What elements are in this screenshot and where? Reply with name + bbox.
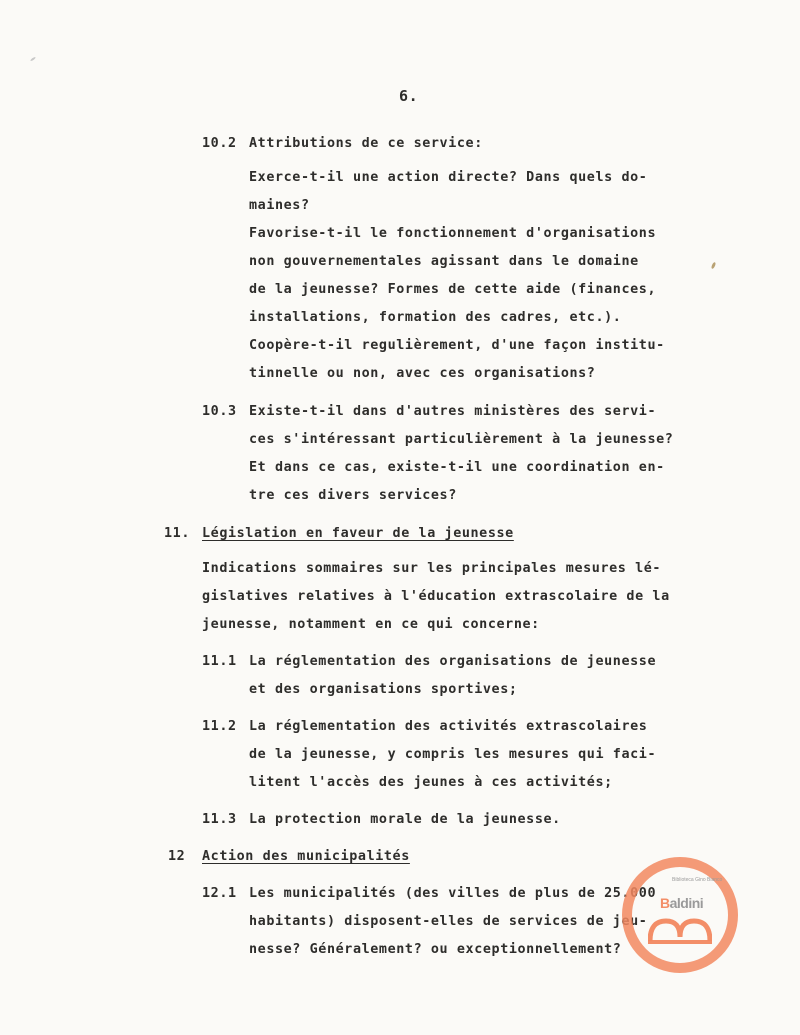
- stamp-arches-icon: [648, 917, 712, 945]
- library-stamp: Biblioteca Gino Bianco Baldini: [622, 857, 738, 973]
- text-line: tinnelle ou non, avec ces organisations?: [249, 366, 595, 382]
- section-number-10-2: 10.2: [202, 136, 237, 152]
- stamp-top-text: Biblioteca Gino Bianco: [672, 877, 722, 883]
- stamp-brand-rest: aldini: [670, 895, 704, 911]
- paper-mark: [30, 56, 36, 61]
- page-number: 6.: [399, 88, 418, 104]
- text-line: ces s'intéressant particulièrement à la …: [249, 432, 673, 448]
- text-line: La protection morale de la jeunesse.: [249, 812, 561, 828]
- text-line: Coopère-t-il regulièrement, d'une façon …: [249, 338, 665, 354]
- item-number-11-1: 11.1: [202, 654, 237, 670]
- item-number-11-3: 11.3: [202, 812, 237, 828]
- section-number-12: 12: [168, 849, 185, 865]
- text-line: et des organisations sportives;: [249, 682, 518, 698]
- text-line: maines?: [249, 198, 310, 214]
- text-line: Et dans ce cas, existe-t-il une coordina…: [249, 460, 665, 476]
- section-heading-12: Action des municipalités: [202, 849, 410, 865]
- document-page: 6. 10.2 Attributions de ce service: Exer…: [0, 0, 800, 1035]
- text-line: Exerce-t-il une action directe? Dans que…: [249, 170, 647, 186]
- section-number-10-3: 10.3: [202, 404, 237, 420]
- text-line: nesse? Généralement? ou exceptionnelleme…: [249, 942, 621, 958]
- section-number-11: 11.: [164, 526, 190, 542]
- text-line: Indications sommaires sur les principale…: [202, 561, 661, 577]
- section-heading-11: Législation en faveur de la jeunesse: [202, 526, 514, 542]
- text-line: non gouvernementales agissant dans le do…: [249, 254, 639, 270]
- section-title-10-2: Attributions de ce service:: [249, 136, 483, 152]
- paper-mark: [711, 262, 717, 270]
- text-line: tre ces divers services?: [249, 488, 457, 504]
- stamp-brand: Baldini: [660, 895, 703, 911]
- text-line: Existe-t-il dans d'autres ministères des…: [249, 404, 656, 420]
- item-number-11-2: 11.2: [202, 719, 237, 735]
- stamp-brand-prefix: B: [660, 895, 670, 911]
- text-line: de la jeunesse, y compris les mesures qu…: [249, 747, 656, 763]
- text-line: La réglementation des organisations de j…: [249, 654, 656, 670]
- text-line: La réglementation des activités extrasco…: [249, 719, 647, 735]
- text-line: Favorise-t-il le fonctionnement d'organi…: [249, 226, 656, 242]
- text-line: gislatives relatives à l'éducation extra…: [202, 589, 670, 605]
- item-number-12-1: 12.1: [202, 886, 237, 902]
- text-line: habitants) disposent-elles de services d…: [249, 914, 647, 930]
- text-line: litent l'accès des jeunes à ces activité…: [249, 775, 613, 791]
- text-line: Les municipalités (des villes de plus de…: [249, 886, 656, 902]
- text-line: de la jeunesse? Formes de cette aide (fi…: [249, 282, 656, 298]
- text-line: jeunesse, notamment en ce qui concerne:: [202, 617, 540, 633]
- text-line: installations, formation des cadres, etc…: [249, 310, 621, 326]
